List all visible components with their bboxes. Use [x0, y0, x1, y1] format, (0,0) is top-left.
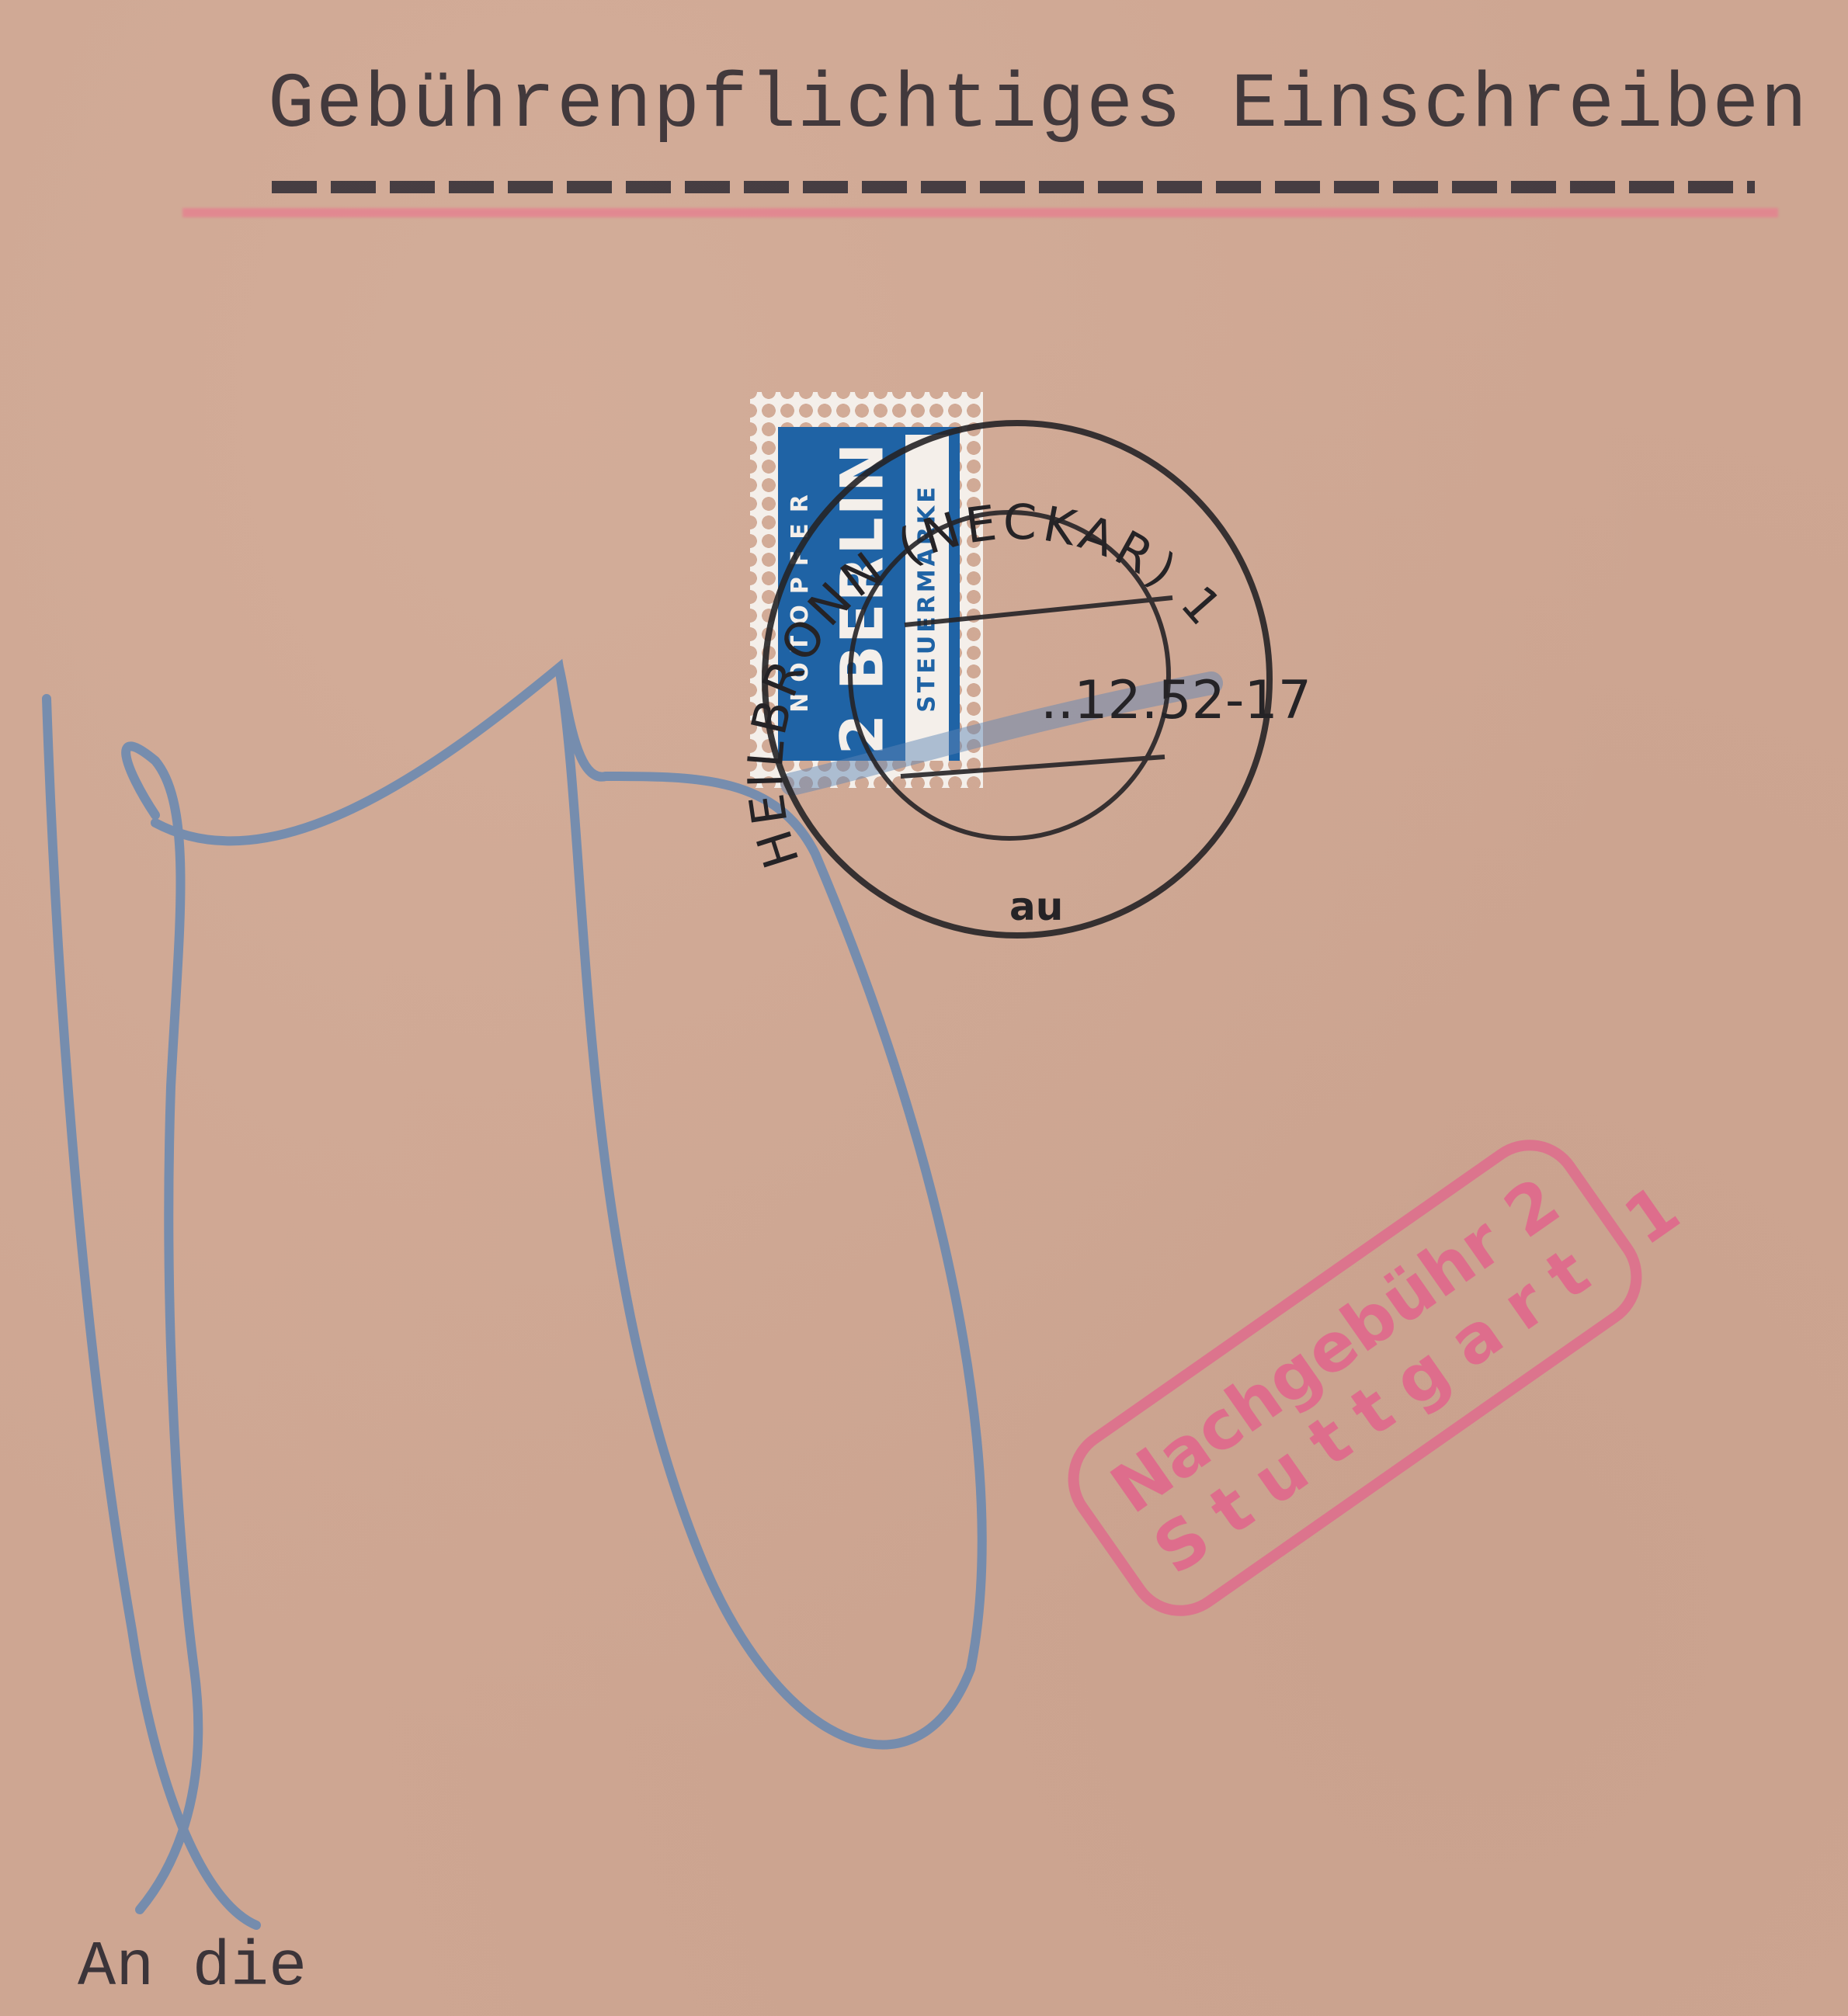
address-start: An die [78, 1931, 307, 2004]
postmark-date: ..12.52-17 [1040, 670, 1311, 731]
blue-pencil-mark [47, 668, 1211, 1925]
postmark-code: au [1009, 884, 1063, 929]
postmark-and-pencil: ..12.52-17 au HEILBRONN (NECKAR) 1 [0, 0, 1848, 2016]
